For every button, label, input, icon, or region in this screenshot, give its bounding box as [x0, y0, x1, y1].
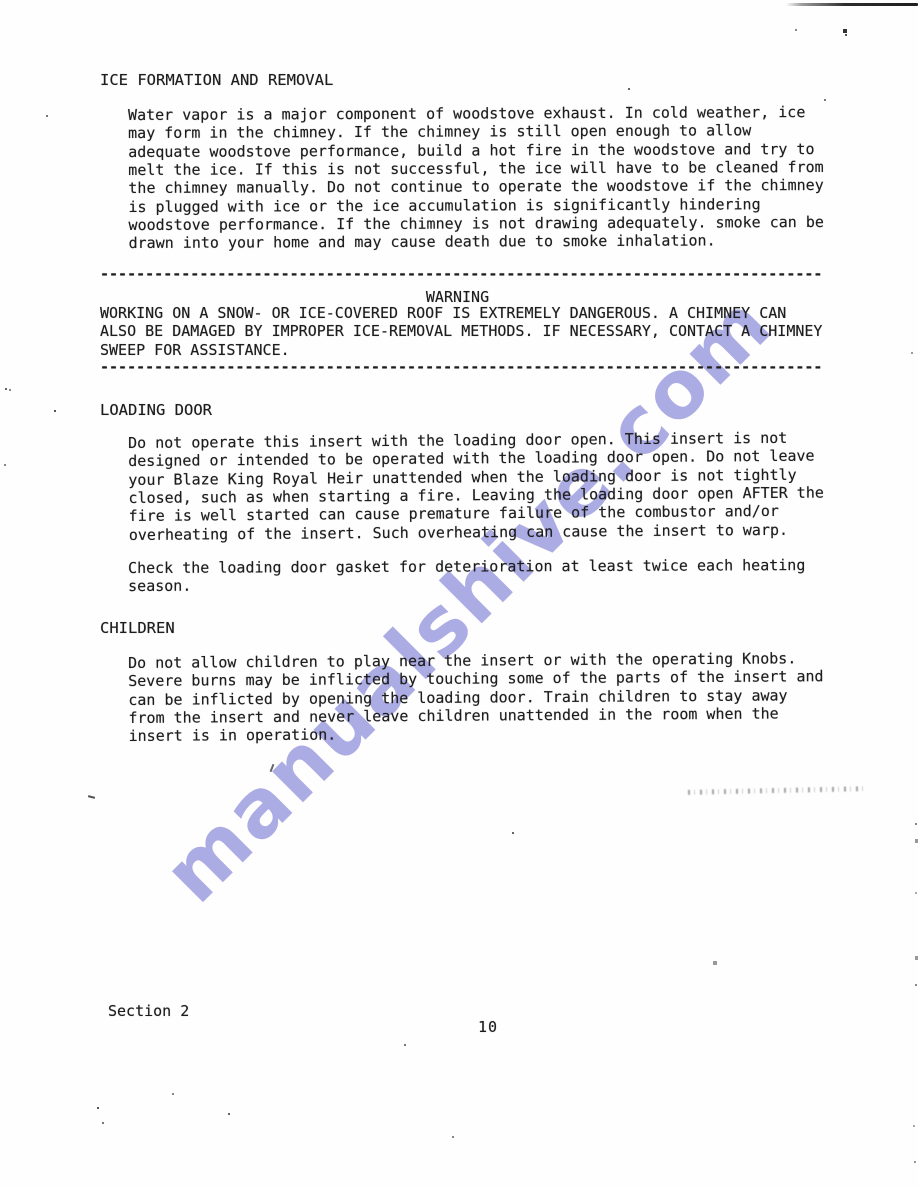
section-heading-loading-door: LOADING DOOR	[100, 401, 212, 419]
section-heading-children: CHILDREN	[100, 619, 175, 637]
paragraph-loading-door-2: Check the loading door gasket for deteri…	[128, 556, 805, 596]
warning-divider-top: ----------------------------------------…	[100, 265, 822, 283]
site-watermark: manualshive.com	[147, 290, 776, 919]
paragraph-ice-formation: Water vapor is a major component of wood…	[128, 103, 824, 253]
scanned-manual-page: manualshive.com ICE FORMATION AND REMOVA…	[0, 0, 918, 1188]
footer-page-number: 10	[478, 1018, 498, 1036]
section-heading-ice-formation: ICE FORMATION AND REMOVAL	[100, 71, 333, 89]
scan-smudge-row	[688, 786, 866, 795]
paragraph-children: Do not allow children to play near the i…	[128, 649, 824, 745]
scan-tick-mark	[270, 764, 275, 772]
scan-edge-artifact	[786, 3, 918, 6]
paragraph-loading-door-1: Do not operate this insert with the load…	[128, 429, 824, 544]
warning-divider-bottom: ----------------------------------------…	[100, 358, 822, 376]
footer-section-label: Section 2	[108, 1002, 189, 1020]
scan-noise-specks	[0, 0, 2, 2]
warning-body: WORKING ON A SNOW- OR ICE-COVERED ROOF I…	[100, 304, 822, 359]
scan-tick-mark	[88, 795, 95, 799]
